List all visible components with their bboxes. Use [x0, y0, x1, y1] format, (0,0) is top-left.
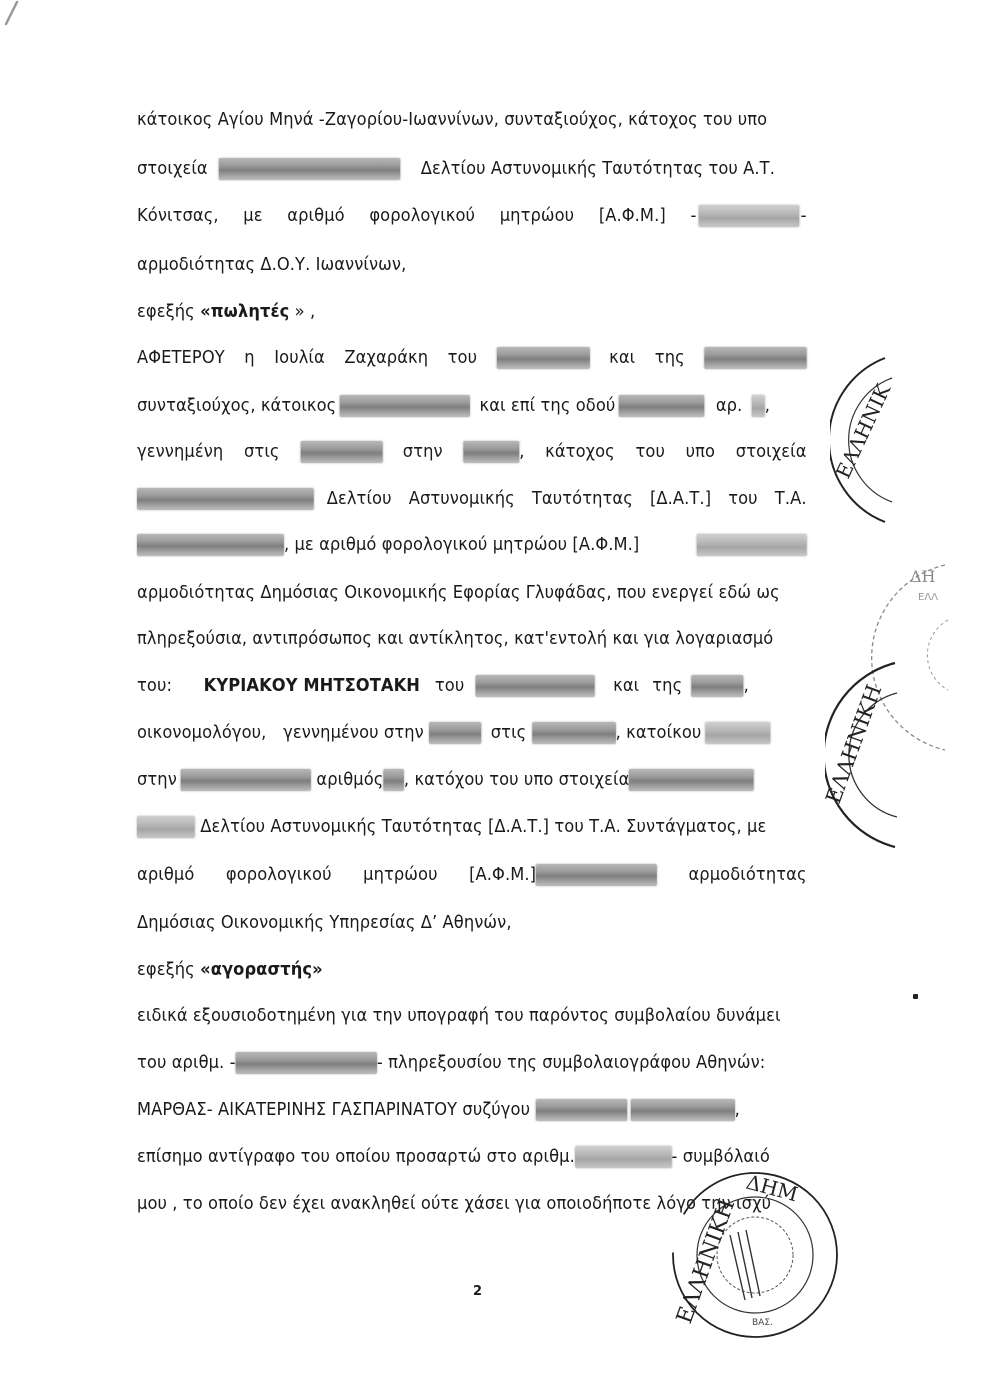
text-line: Κόνιτσας, με αριθμό φορολογικού μητρώου …: [137, 204, 807, 228]
word: -: [690, 204, 696, 228]
redacted-birth-place: [463, 441, 519, 463]
word: μητρώου: [500, 204, 574, 228]
word: αρμοδιότητας: [688, 863, 806, 887]
text-line: ΑΦΕΤΕΡΟΥ η Ιουλία Ζαχαράκη του και της: [137, 346, 807, 370]
word: στις: [244, 440, 280, 464]
word: ,: [765, 394, 770, 418]
page-number: 2: [473, 1284, 482, 1299]
word: αριθμός: [316, 768, 383, 792]
text-line: στοιχεία Δελτίου Αστυνομικής Ταυτότητας …: [137, 157, 807, 181]
svg-text:ΔΗΜ: ΔΗΜ: [744, 1170, 801, 1207]
word: εφεξής: [137, 302, 200, 322]
word: συνταξιούχος, κάτοικος: [137, 394, 336, 418]
redacted-mother-name: [704, 347, 806, 369]
text-line: αριθμό φορολογικού μητρώου [Α.Φ.Μ.] αρμο…: [137, 863, 807, 887]
text-line: του αριθμ. - - πληρεξουσίου της συμβολαι…: [137, 1051, 807, 1075]
word: εφεξής: [137, 960, 200, 980]
word: οικονομολόγου,: [137, 721, 266, 745]
word: αριθμό: [287, 204, 344, 228]
redacted-street: [619, 395, 705, 417]
line-text: αρμοδιότητας Δημόσιας Οικονομικής Εφορία…: [137, 583, 780, 603]
text-line: πληρεξούσια, αντιπρόσωπος και αντίκλητος…: [137, 627, 773, 651]
redacted-tax-id: [698, 205, 798, 227]
redacted-police-dept: [137, 534, 284, 556]
line-text: Δημόσιας Οικονομικής Υπηρεσίας Δ’ Αθηνών…: [137, 913, 512, 933]
text-line: συνταξιούχος, κάτοικος και επί της οδού …: [137, 394, 807, 418]
svg-text:ΕΛΛ: ΕΛΛ: [918, 592, 938, 603]
text-line: αρμοδιότητας Δημόσιας Οικονομικής Εφορία…: [137, 581, 780, 605]
word: ,: [744, 674, 749, 698]
redacted-father-name: [497, 347, 590, 369]
word: μητρώου: [363, 863, 437, 887]
word: αριθμό: [137, 863, 194, 887]
word: ΑΦΕΤΕΡΟΥ: [137, 346, 225, 370]
redacted-residence: [340, 395, 470, 417]
word: του: [636, 440, 665, 464]
word: Ιουλία: [274, 346, 325, 370]
word: αρ.: [716, 394, 743, 418]
redacted-spouse-surname: [631, 1099, 735, 1121]
line-text: πληρεξούσια, αντιπρόσωπος και αντίκλητος…: [137, 629, 773, 649]
word: και: [609, 346, 635, 370]
word: στις: [491, 721, 527, 745]
redacted-birth-date: [300, 441, 382, 463]
redacted-birth-date: [532, 722, 616, 744]
text-line: του: ΚΥΡΙΑΚΟΥ ΜΗΤΣΟΤΑΚΗ του και της ,: [137, 674, 807, 698]
word: κάτοχος: [545, 440, 615, 464]
text-line: Δελτίου Αστυνομικής Ταυτότητας [Δ.Α.Τ.] …: [137, 487, 807, 511]
word: η: [244, 346, 254, 370]
redacted-id-number-cont: [137, 816, 195, 838]
word: -: [801, 204, 807, 228]
redacted-street-number: [752, 395, 765, 417]
word: , κατόχου του υπο στοιχεία: [404, 768, 629, 792]
word: της: [655, 346, 685, 370]
notary-seal-icon: ΕΛΛΗΝΙΚ: [830, 350, 900, 530]
buyer-name: ΚΥΡΙΑΚΟΥ ΜΗΤΣΟΤΑΚΗ: [204, 674, 420, 698]
scan-mark: [0, 0, 40, 40]
word: , κατοίκου: [616, 721, 702, 745]
line-text: ειδικά εξουσιοδοτημένη για την υπογραφή …: [137, 1006, 781, 1026]
text-line: ΜΑΡΘΑΣ- ΑΙΚΑΤΕΡΙΝΗΣ ΓΑΣΠΑΡΙΝΑΤΟΥ συζύγου…: [137, 1098, 807, 1122]
word: ΜΑΡΘΑΣ- ΑΙΚΑΤΕΡΙΝΗΣ ΓΑΣΠΑΡΙΝΑΤΟΥ συζύγου: [137, 1098, 530, 1122]
word: υπο: [686, 440, 715, 464]
word: [Α.Φ.Μ.]: [469, 863, 536, 887]
svg-text:ΔΗ: ΔΗ: [910, 567, 936, 586]
text-line: κάτοικος Αγίου Μηνά -Ζαγορίου-Ιωαννίνων,…: [137, 108, 807, 132]
word: του: [435, 674, 464, 698]
word: και: [613, 674, 639, 698]
redacted-street-number: [383, 769, 403, 791]
line-text: κάτοικος Αγίου Μηνά -Ζαγορίου-Ιωαννίνων,…: [137, 108, 767, 132]
word: ,: [735, 1098, 740, 1122]
notary-seal-icon: ΕΛΛΗΝΙΚΗ ΔΗΜ ΒΑΣ.: [660, 1160, 840, 1360]
word: του αριθμ. -: [137, 1051, 236, 1075]
redacted-mother-name: [692, 675, 744, 697]
text-line: οικονομολόγου, γεννημένου στην στις , κα…: [137, 721, 807, 745]
line-text: Δελτίου Αστυνομικής Ταυτότητας [Δ.Α.Τ.] …: [327, 487, 807, 511]
redacted-tax-id: [697, 534, 807, 556]
sellers-label: «πωλητές: [200, 302, 289, 322]
svg-text:ΕΛΛΗΝΙΚΗ: ΕΛΛΗΝΙΚΗ: [825, 681, 886, 806]
notary-seal-icon: ΕΛΛΗΝΙΚΗ: [825, 655, 900, 855]
line-text: στοιχεία: [137, 157, 208, 181]
buyer-label: «αγοραστής»: [200, 960, 323, 980]
word: και επί της οδού: [480, 394, 616, 418]
word: » ,: [289, 302, 315, 322]
word: επίσημο αντίγραφο του οποίου προσαρτώ στ…: [137, 1145, 575, 1169]
document-page: κάτοικος Αγίου Μηνά -Ζαγορίου-Ιωαννίνων,…: [0, 0, 1000, 1380]
text-line: στην αριθμός , κατόχου του υπο στοιχεία: [137, 768, 807, 792]
text-line: αρμοδιότητας Δ.Ο.Υ. Ιωαννίνων,: [137, 253, 406, 277]
word: - πληρεξουσίου της συμβολαιογράφου Αθηνώ…: [377, 1051, 765, 1075]
text-line: , με αριθμό φορολογικού μητρώου [Α.Φ.Μ.]: [137, 533, 807, 557]
text-line: Δελτίου Αστυνομικής Ταυτότητας [Δ.Α.Τ.] …: [137, 815, 807, 839]
svg-text:ΒΑΣ.: ΒΑΣ.: [752, 1318, 773, 1328]
text-line: εφεξής «αγοραστής»: [137, 958, 323, 982]
word: φορολογικού: [369, 204, 475, 228]
text-line: ειδικά εξουσιοδοτημένη για την υπογραφή …: [137, 1004, 781, 1028]
scan-speck: [913, 994, 918, 999]
line-text: Δελτίου Αστυνομικής Ταυτότητας του Α.Τ.: [421, 157, 775, 181]
word: του: [448, 346, 477, 370]
redacted-tax-id: [536, 864, 657, 886]
redacted-power-of-attorney-number: [236, 1052, 377, 1074]
word: του:: [137, 674, 172, 698]
redacted-residence: [705, 722, 770, 744]
redacted-spouse-name: [536, 1099, 627, 1121]
redacted-id-number: [629, 769, 754, 791]
word: στοιχεία: [736, 440, 807, 464]
word: [Α.Φ.Μ.]: [599, 204, 666, 228]
redacted-birth-place: [429, 722, 481, 744]
word: φορολογικού: [226, 863, 332, 887]
line-text: αρμοδιότητας Δ.Ο.Υ. Ιωαννίνων,: [137, 255, 406, 275]
word: στην: [137, 768, 177, 792]
word: Ζαχαράκη: [344, 346, 428, 370]
word: γεννημένη: [137, 440, 223, 464]
redacted-street: [181, 769, 311, 791]
redacted-id-number: [137, 488, 314, 510]
text-line: γεννημένη στις στην , κάτοχος του υπο στ…: [137, 440, 807, 464]
word: γεννημένου στην: [283, 721, 424, 745]
word: ,: [519, 440, 524, 464]
word: με: [243, 204, 262, 228]
text-line: Δημόσιας Οικονομικής Υπηρεσίας Δ’ Αθηνών…: [137, 911, 512, 935]
word: στην: [403, 440, 443, 464]
line-text: , με αριθμό φορολογικού μητρώου [Α.Φ.Μ.]: [284, 533, 639, 557]
text-line: εφεξής «πωλητές » ,: [137, 300, 315, 324]
redacted-father-name: [476, 675, 595, 697]
word: της: [652, 674, 682, 698]
word: Κόνιτσας,: [137, 204, 219, 228]
line-text: Δελτίου Αστυνομικής Ταυτότητας [Δ.Α.Τ.] …: [200, 815, 766, 839]
redacted-id-number: [219, 158, 400, 180]
redacted-contract-number: [575, 1146, 672, 1168]
